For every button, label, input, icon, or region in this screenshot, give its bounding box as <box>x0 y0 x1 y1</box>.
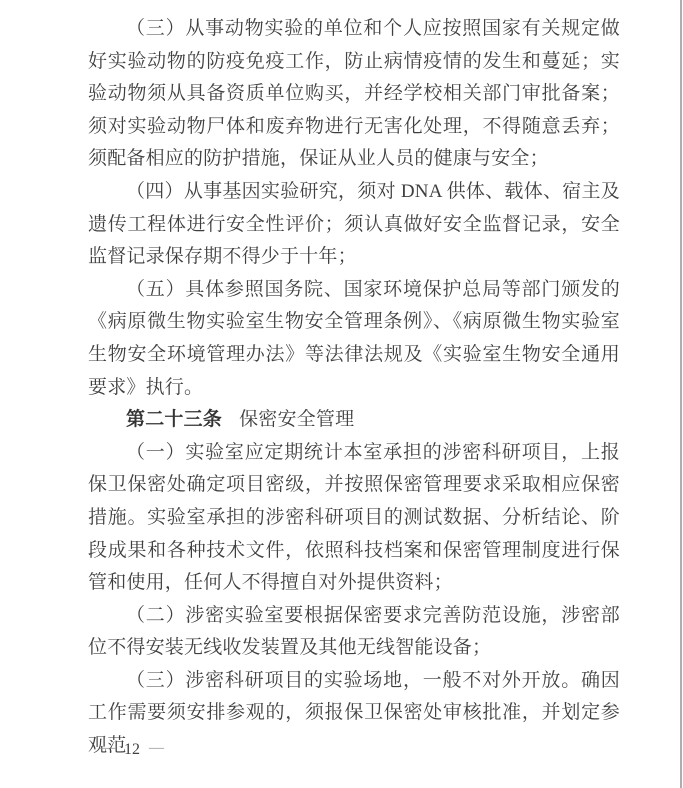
page-edge-divider <box>680 0 682 788</box>
clause-paragraph-biosafety-regulations: （五）具体参照国务院、国家环境保护总局等部门颁发的《病原微生物实验室生物安全管理… <box>88 274 620 404</box>
page-number: 12 <box>124 741 140 758</box>
clause-paragraph-classified-lab-equipment: （二）涉密实验室要根据保密要求完善防范设施，涉密部位不得安装无线收发装置及其他无… <box>88 600 620 665</box>
page-footer: —12— <box>100 741 164 759</box>
clause-paragraph-animal-experiment: （三）从事动物实验的单位和个人应按照国家有关规定做好实验动物的防疫免疫工作，防止… <box>88 13 620 176</box>
article-heading: 第二十三条保密安全管理 <box>88 404 620 437</box>
clause-paragraph-gene-experiment: （四）从事基因实验研究，须对 DNA 供体、载体、宿主及遗传工程体进行安全性评价… <box>88 176 620 274</box>
clause-paragraph-classified-site-visits: （三）涉密科研项目的实验场地，一般不对外开放。确因工作需要须安排参观的，须报保卫… <box>88 665 620 763</box>
article-number: 第二十三条 <box>126 409 222 430</box>
footer-dash-right: — <box>149 740 164 756</box>
clause-paragraph-classified-projects: （一）实验室应定期统计本室承担的涉密科研项目，上报保卫保密处确定项目密级，并按照… <box>88 437 620 600</box>
document-body: （三）从事动物实验的单位和个人应按照国家有关规定做好实验动物的防疫免疫工作，防止… <box>88 13 620 763</box>
document-page: （三）从事动物实验的单位和个人应按照国家有关规定做好实验动物的防疫免疫工作，防止… <box>0 0 683 788</box>
footer-dash-left: — <box>100 740 115 756</box>
article-title: 保密安全管理 <box>239 409 354 430</box>
